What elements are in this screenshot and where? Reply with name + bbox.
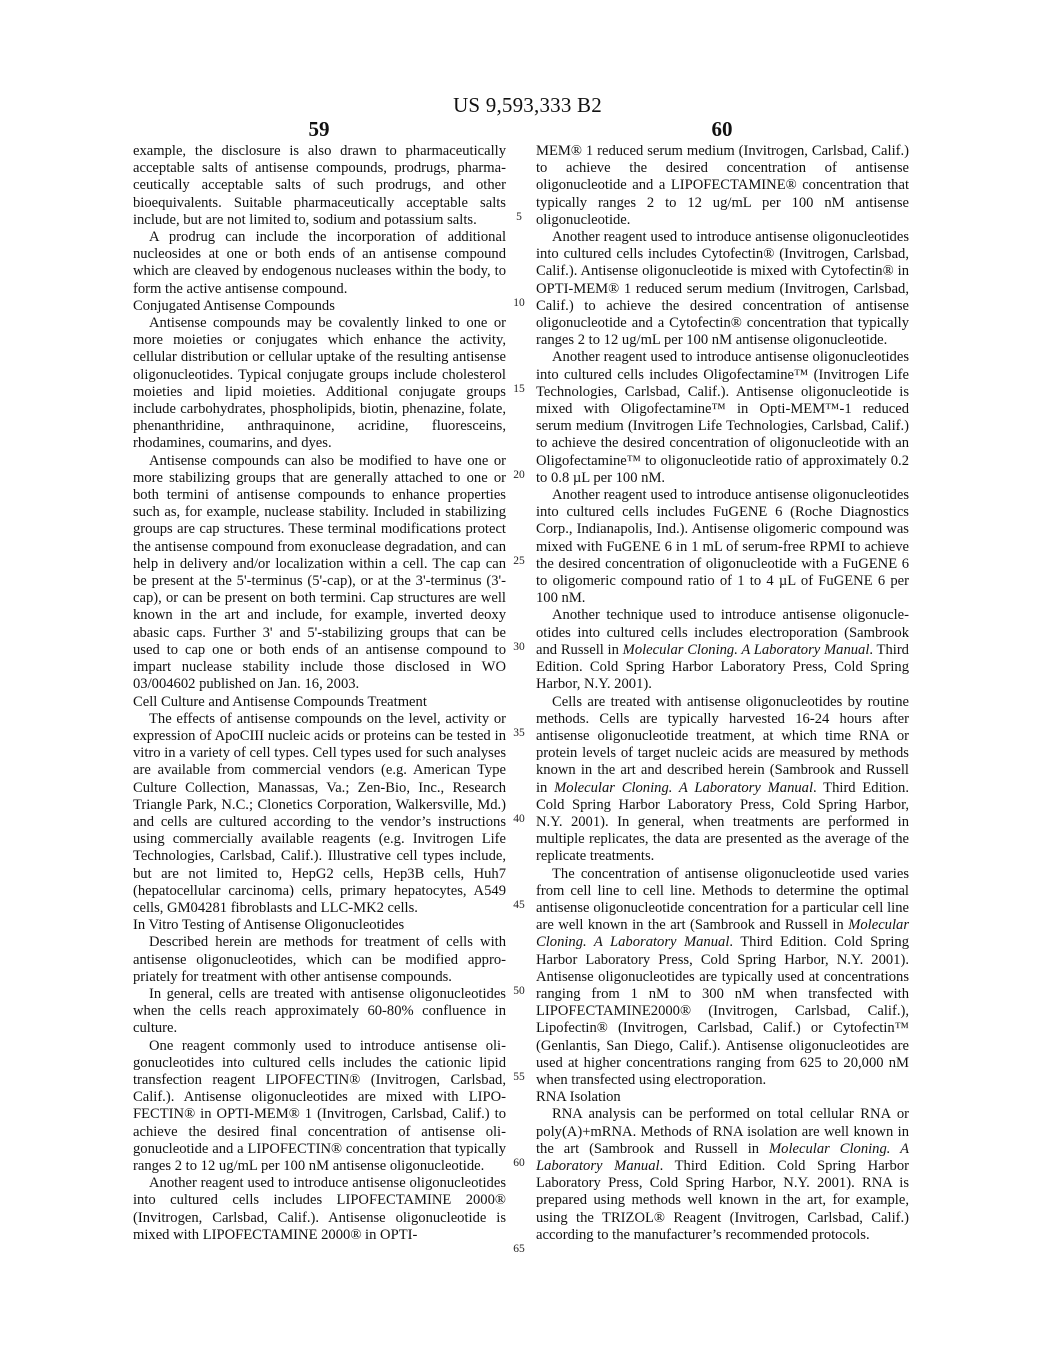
line-number: 25	[508, 555, 530, 567]
column-number-left: 59	[289, 117, 349, 142]
paragraph: Cells are treated with antisense oligonu…	[536, 694, 909, 866]
line-number: 10	[508, 297, 530, 309]
line-number: 60	[508, 1157, 530, 1169]
left-column: example, the disclosure is also drawn to…	[133, 143, 506, 1244]
paragraph: example, the disclosure is also drawn to…	[133, 143, 506, 229]
paragraph: Another reagent used to introduce antise…	[536, 487, 909, 607]
line-number: 30	[508, 641, 530, 653]
line-number: 45	[508, 899, 530, 911]
line-number: 40	[508, 813, 530, 825]
line-number: 65	[508, 1243, 530, 1255]
line-number: 5	[508, 211, 530, 223]
citation-title: Molecular Cloning. A Laboratory Manual	[623, 642, 870, 658]
paragraph: Another reagent used to introduce antise…	[133, 1175, 506, 1244]
line-number: 20	[508, 469, 530, 481]
right-column: MEM® 1 reduced serum medium (Invitrogen,…	[536, 143, 909, 1244]
paragraph: Antisense compounds may be covalently li…	[133, 315, 506, 453]
text: . Third Edition. Cold Spring Harbor Labo…	[536, 934, 909, 1088]
paragraph: Described herein are methods for treatme…	[133, 934, 506, 986]
paragraph: The effects of antisense compounds on th…	[133, 711, 506, 917]
line-number: 50	[508, 985, 530, 997]
section-heading: Conjugated Antisense Compounds	[133, 298, 506, 315]
paragraph: RNA analysis can be performed on total c…	[536, 1106, 909, 1244]
paragraph: One reagent commonly used to introduce a…	[133, 1038, 506, 1176]
line-number: 35	[508, 727, 530, 739]
section-heading: In Vitro Testing of Antisense Oligonucle…	[133, 917, 506, 934]
line-number: 15	[508, 383, 530, 395]
paragraph: Another technique used to introduce anti…	[536, 607, 909, 693]
paragraph: In general, cells are treated with antis…	[133, 986, 506, 1038]
paragraph: Another reagent used to introduce antise…	[536, 229, 909, 349]
paragraph: The concentration of antisense oligonucl…	[536, 866, 909, 1090]
paragraph: Antisense compounds can also be modified…	[133, 453, 506, 694]
line-number: 55	[508, 1071, 530, 1083]
paragraph: Another reagent used to introduce antise…	[536, 349, 909, 487]
section-heading: Cell Culture and Antisense Compounds Tre…	[133, 694, 506, 711]
section-heading: RNA Isolation	[536, 1089, 909, 1106]
patent-number: US 9,593,333 B2	[0, 93, 1055, 118]
paragraph: MEM® 1 reduced serum medium (Invitrogen,…	[536, 143, 909, 229]
column-number-right: 60	[692, 117, 752, 142]
paragraph: A prodrug can include the incorporation …	[133, 229, 506, 298]
citation-title: Molecular Cloning. A Laboratory Manual	[554, 780, 813, 796]
